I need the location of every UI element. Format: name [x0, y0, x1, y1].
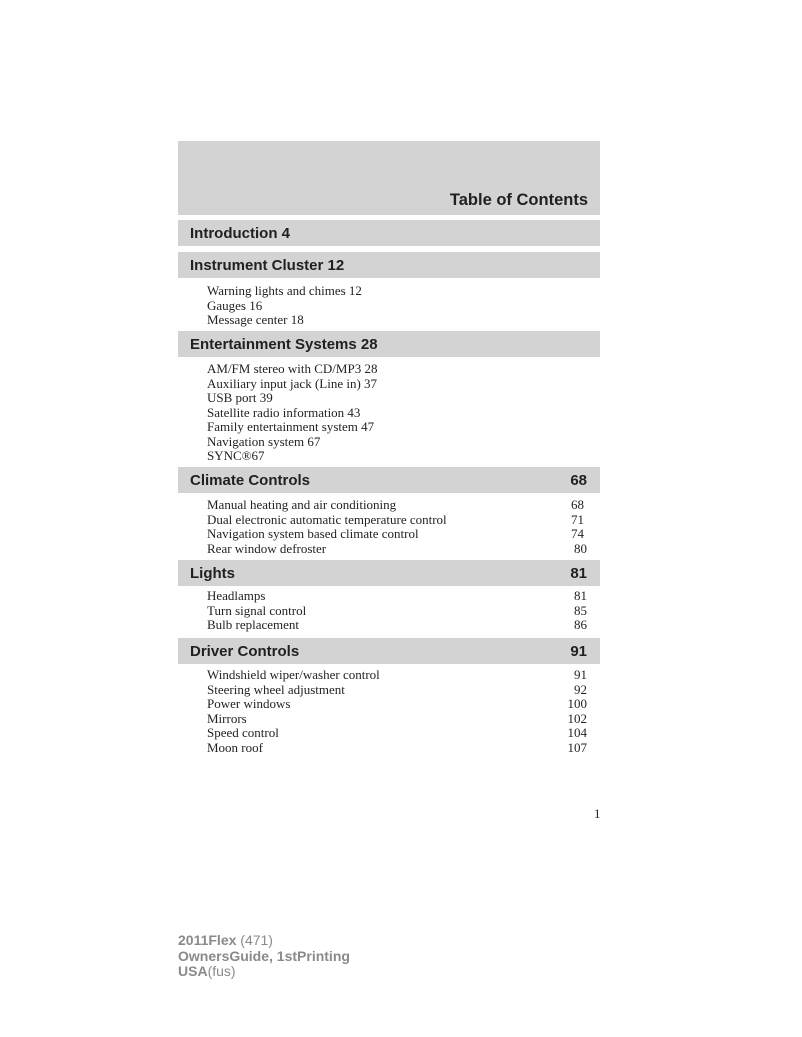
entry-label: USB port 39: [207, 390, 273, 405]
section-label: Entertainment Systems 28: [190, 336, 378, 353]
section-items: AM/FM stereo with CD/MP3 28 Auxiliary in…: [207, 362, 587, 464]
entry-page: 81: [574, 589, 587, 604]
entry-label: Headlamps: [207, 588, 265, 603]
toc-entry[interactable]: Rear window defroster80: [207, 542, 587, 557]
section-items: Warning lights and chimes 12 Gauges 16 M…: [207, 284, 587, 328]
toc-entry[interactable]: USB port 39: [207, 391, 587, 406]
toc-entry[interactable]: Auxiliary input jack (Line in) 37: [207, 377, 587, 392]
section-items: Headlamps81 Turn signal control85 Bulb r…: [207, 589, 587, 633]
entry-page: 91: [574, 668, 587, 683]
footer-code: (471): [236, 932, 273, 948]
entry-label: Mirrors: [207, 711, 247, 726]
entry-label: Moon roof: [207, 740, 263, 755]
entry-label: Warning lights and chimes 12: [207, 283, 362, 298]
toc-entry[interactable]: Mirrors102: [207, 712, 587, 727]
toc-entry[interactable]: Steering wheel adjustment92: [207, 683, 587, 698]
section-label: Instrument Cluster 12: [190, 257, 344, 274]
section-lights[interactable]: Lights 81: [178, 560, 600, 586]
entry-label: Message center 18: [207, 312, 304, 327]
title-banner: Table of Contents: [178, 141, 600, 215]
toc-entry[interactable]: Satellite radio information 43: [207, 406, 587, 421]
entry-page: 85: [574, 604, 587, 619]
entry-label: Dual electronic automatic temperature co…: [207, 512, 447, 527]
section-entertainment-systems[interactable]: Entertainment Systems 28: [178, 331, 600, 357]
toc-entry[interactable]: AM/FM stereo with CD/MP3 28: [207, 362, 587, 377]
entry-label: AM/FM stereo with CD/MP3 28: [207, 361, 377, 376]
entry-label: Manual heating and air conditioning: [207, 497, 396, 512]
entry-page: 74: [571, 527, 584, 542]
entry-label: Steering wheel adjustment: [207, 682, 345, 697]
section-label: Introduction 4: [190, 225, 290, 242]
footer-market: USA: [178, 963, 208, 979]
entry-label: SYNC®67: [207, 448, 265, 463]
toc-entry[interactable]: Warning lights and chimes 12: [207, 284, 587, 299]
entry-label: Satellite radio information 43: [207, 405, 360, 420]
entry-label: Bulb replacement: [207, 617, 299, 632]
toc-entry[interactable]: Message center 18: [207, 313, 587, 328]
footer-market-code: (fus): [208, 963, 236, 979]
section-introduction[interactable]: Introduction 4: [178, 220, 600, 246]
toc-entry[interactable]: Family entertainment system 47: [207, 420, 587, 435]
entry-page: 104: [568, 726, 588, 741]
section-label: Climate Controls: [190, 472, 310, 489]
toc-entry[interactable]: Moon roof107: [207, 741, 587, 756]
section-climate-controls[interactable]: Climate Controls 68: [178, 467, 600, 493]
entry-label: Family entertainment system 47: [207, 419, 374, 434]
section-driver-controls[interactable]: Driver Controls 91: [178, 638, 600, 664]
entry-page: 80: [574, 542, 587, 557]
toc-entry[interactable]: Turn signal control85: [207, 604, 587, 619]
entry-page: 102: [568, 712, 588, 727]
entry-label: Navigation system 67: [207, 434, 320, 449]
toc-entry[interactable]: Headlamps81: [207, 589, 587, 604]
section-label: Driver Controls: [190, 643, 299, 660]
entry-label: Rear window defroster: [207, 541, 326, 556]
section-page: 68: [570, 472, 587, 489]
entry-label: Power windows: [207, 696, 290, 711]
entry-label: Auxiliary input jack (Line in) 37: [207, 376, 377, 391]
section-page: 81: [570, 565, 587, 582]
section-instrument-cluster[interactable]: Instrument Cluster 12: [178, 252, 600, 278]
footer-model: 2011Flex: [178, 932, 236, 948]
entry-page: 92: [574, 683, 587, 698]
section-label: Lights: [190, 565, 235, 582]
entry-label: Gauges 16: [207, 298, 262, 313]
toc-entry[interactable]: Navigation system based climate control7…: [207, 527, 587, 542]
entry-label: Speed control: [207, 725, 279, 740]
section-page: 91: [570, 643, 587, 660]
entry-label: Windshield wiper/washer control: [207, 667, 380, 682]
entry-label: Turn signal control: [207, 603, 306, 618]
toc-entry[interactable]: Bulb replacement86: [207, 618, 587, 633]
toc-entry[interactable]: Power windows100: [207, 697, 587, 712]
entry-page: 71: [571, 513, 584, 528]
section-items: Manual heating and air conditioning68 Du…: [207, 498, 587, 556]
entry-page: 107: [568, 741, 588, 756]
page-title: Table of Contents: [450, 191, 588, 210]
footer-printing: OwnersGuide, 1stPrinting: [178, 948, 350, 964]
toc-entry[interactable]: SYNC®67: [207, 449, 587, 464]
toc-entry[interactable]: Dual electronic automatic temperature co…: [207, 513, 587, 528]
toc-entry[interactable]: Manual heating and air conditioning68: [207, 498, 587, 513]
print-footer: 2011Flex (471) OwnersGuide, 1stPrinting …: [178, 933, 350, 980]
entry-label: Navigation system based climate control: [207, 526, 419, 541]
toc-entry[interactable]: Gauges 16: [207, 299, 587, 314]
entry-page: 68: [571, 498, 584, 513]
toc-entry[interactable]: Speed control104: [207, 726, 587, 741]
page-number: 1: [594, 806, 601, 822]
entry-page: 86: [574, 618, 587, 633]
entry-page: 100: [568, 697, 588, 712]
section-items: Windshield wiper/washer control91 Steeri…: [207, 668, 587, 755]
toc-entry[interactable]: Navigation system 67: [207, 435, 587, 450]
toc-entry[interactable]: Windshield wiper/washer control91: [207, 668, 587, 683]
